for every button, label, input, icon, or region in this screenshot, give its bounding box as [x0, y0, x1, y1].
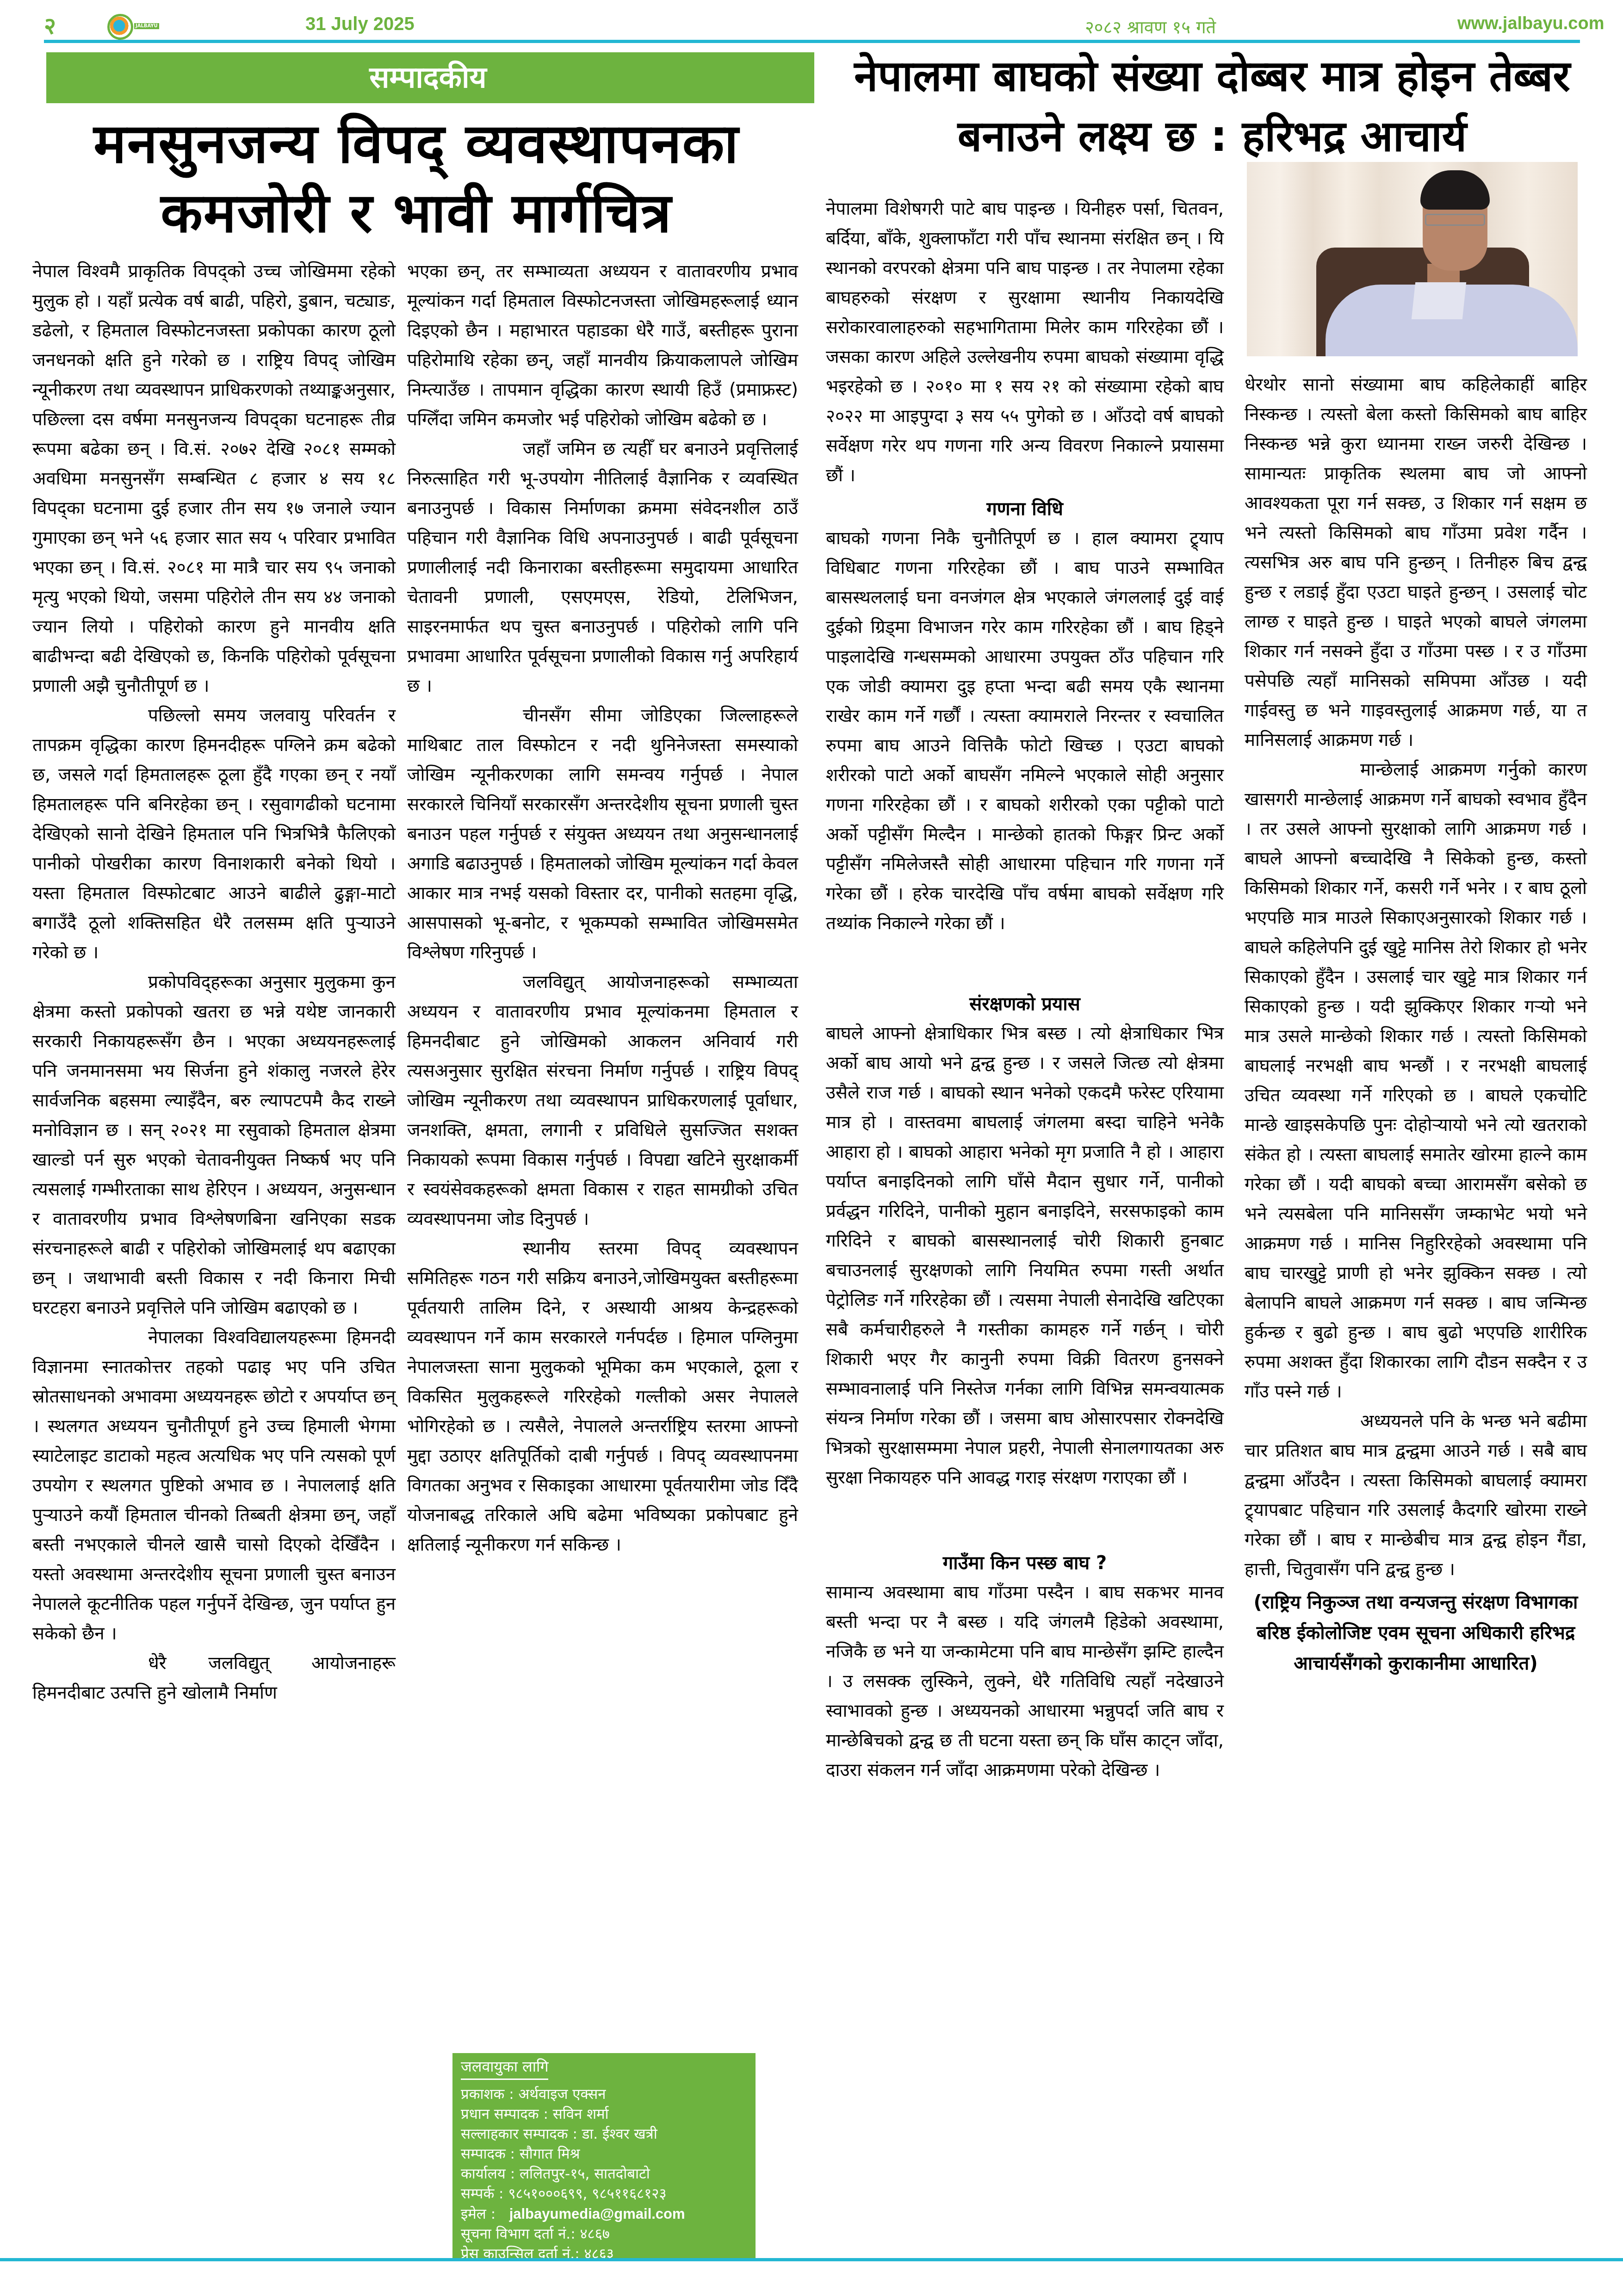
- logo-text: JALBAYU: [134, 23, 159, 29]
- paragraph: धेरथोर सानो संख्यामा बाघ कहिलेकाहीं बाहि…: [1245, 370, 1587, 755]
- interview-attribution: (राष्ट्रिय निकुञ्ज तथा वन्यजन्तु संरक्षण…: [1245, 1587, 1587, 1679]
- interview-column-1: नेपालमा विशेषगरी पाटे बाघ पाइन्छ । यिनीह…: [826, 194, 1224, 1785]
- date-nepali: २०८२ श्रावण १५ गते: [1085, 15, 1216, 39]
- jalbayu-logo-icon: [107, 14, 133, 40]
- masthead: २ JALBAYU 31 July 2025 २०८२ श्रावण १५ गत…: [0, 0, 1623, 42]
- paragraph: बाघको गणना निकै चुनौतिपूर्ण छ । हाल क्या…: [826, 524, 1224, 938]
- email-link[interactable]: jalbayumedia@gmail.com: [509, 2206, 685, 2222]
- paragraph: सामान्य अवस्थामा बाघ गाँउमा पस्दैन । बाघ…: [826, 1578, 1224, 1785]
- paragraph: जहाँ जमिन छ त्यहीँ घर बनाउने प्रवृत्तिला…: [407, 434, 798, 701]
- chief-editor: प्रधान सम्पादक : सविन शर्मा: [461, 2104, 747, 2124]
- photo-collar: [1412, 282, 1466, 319]
- paragraph: जलविद्युत् आयोजनाहरूको सम्भाव्यता अध्ययन…: [407, 968, 798, 1234]
- publisher: प्रकाशक : अर्थवाइज एक्सन: [461, 2085, 747, 2104]
- editorial-headline: मनसुनजन्य विपद् व्यवस्थापनका कमजोरी र भा…: [37, 109, 796, 248]
- email-row: इमेल : jalbayumedia@gmail.com: [461, 2204, 747, 2224]
- paragraph: प्रकोपविद्हरूका अनुसार मुलुकमा कुन क्षेत…: [32, 968, 396, 1323]
- photo-hair: [1420, 170, 1490, 210]
- paragraph: चीनसँग सीमा जोडिएका जिल्लाहरूले माथिबाट …: [407, 701, 798, 968]
- info-box-title: जलवायुका लागि: [461, 2057, 548, 2080]
- paragraph: नेपालका विश्वविद्यालयहरूमा हिमनदी विज्ञा…: [32, 1323, 396, 1649]
- section-heading-conservation-efforts: संरक्षणको प्रयास: [826, 989, 1224, 1019]
- paragraph: भएका छन्, तर सम्भाव्यता अध्ययन र वातावरण…: [407, 257, 798, 434]
- editorial-banner: सम्पादकीय: [46, 52, 810, 103]
- section-heading-why-tigers-enter-villages: गाउँमा किन पस्छ बाघ ?: [826, 1548, 1224, 1578]
- interview-accent-bar: [810, 52, 814, 103]
- publication-info-box: जलवायुका लागि प्रकाशक : अर्थवाइज एक्सन प…: [452, 2053, 756, 2261]
- paragraph: नेपालमा विशेषगरी पाटे बाघ पाइन्छ । यिनीह…: [826, 194, 1224, 490]
- paragraph: पछिल्लो समय जलवायु परिवर्तन र तापक्रम वृ…: [32, 701, 396, 968]
- email-label: इमेल :: [461, 2206, 496, 2222]
- office-address: कार्यालय : ललितपुर-१५, सातदोबाटो: [461, 2164, 747, 2184]
- advisory-editor: सल्लाहकार सम्पादक : डा. ईश्वर खत्री: [461, 2124, 747, 2144]
- info-dept-registration: सूचना विभाग दर्ता नं.: ४८६७: [461, 2224, 747, 2244]
- section-heading-counting-method: गणना विधि: [826, 494, 1224, 524]
- bottom-divider: [0, 2258, 1623, 2261]
- interview-headline: नेपालमा बाघको संख्या दोब्बर मात्र होइन त…: [819, 46, 1605, 167]
- date-english: 31 July 2025: [305, 14, 415, 35]
- site-url-link[interactable]: www.jalbayu.com: [1457, 14, 1604, 34]
- paragraph: बाघले आफ्नो क्षेत्राधिकार भित्र बस्छ । त…: [826, 1019, 1224, 1493]
- contact-phone: सम्पर्क : ९८५१०००६९९, ९८५११६८१२३: [461, 2184, 747, 2204]
- paragraph: मान्छेलाई आक्रमण गर्नुको कारण खासगरी मान…: [1245, 755, 1587, 1407]
- paragraph: स्थानीय स्तरमा विपद् व्यवस्थापन समितिहरू…: [407, 1234, 798, 1560]
- editorial-column-1: नेपाल विश्वमै प्राकृतिक विपद्को उच्च जोख…: [32, 257, 396, 1708]
- page-number: २: [44, 9, 56, 41]
- paragraph: धेरै जलविद्युत् आयोजनाहरू हिमनदीबाट उत्प…: [32, 1649, 396, 1708]
- interview-column-2: धेरथोर सानो संख्यामा बाघ कहिलेकाहीं बाहि…: [1245, 370, 1587, 1679]
- paragraph: नेपाल विश्वमै प्राकृतिक विपद्को उच्च जोख…: [32, 257, 396, 701]
- editorial-column-2: भएका छन्, तर सम्भाव्यता अध्ययन र वातावरण…: [407, 257, 798, 1560]
- editor: सम्पादक : सौगात मिश्र: [461, 2144, 747, 2164]
- photo-glasses: [1425, 214, 1485, 226]
- paragraph: अध्ययनले पनि के भन्छ भने बढीमा चार प्रति…: [1245, 1407, 1587, 1584]
- interviewee-photo: [1247, 162, 1578, 356]
- top-divider: [44, 40, 1580, 43]
